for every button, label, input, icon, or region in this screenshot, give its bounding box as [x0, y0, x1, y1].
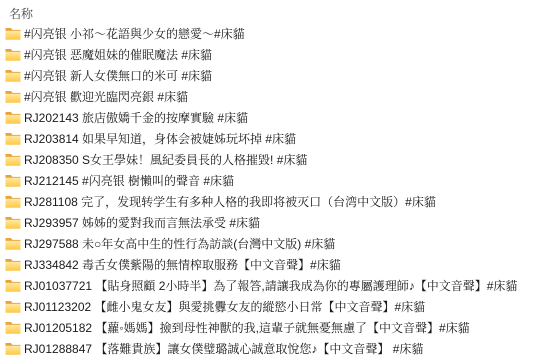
file-name: RJ202143 旅店傲嬌千金的按摩實驗 #床貓 [24, 109, 248, 126]
file-row[interactable]: RJ293957 姊姊的愛對我而言無法承受 #床貓 [0, 212, 548, 233]
folder-icon [5, 258, 21, 271]
file-list: #闪亮银 小祁～花語與少女的戀愛～#床貓 #闪亮银 恶魔姐妹的催眠魔法 #床貓 … [0, 23, 548, 359]
file-name: #闪亮银 歡迎光臨閃亮銀 #床貓 [24, 88, 188, 105]
folder-icon [5, 279, 21, 292]
folder-icon [5, 153, 21, 166]
file-name: RJ01037721 【貼身照顧 2小時半】為了報答,請讓我成為你的專屬護理師♪… [24, 277, 517, 294]
file-name: RJ203814 如果早知道，身体会被婕姊玩坏掉 #床貓 [24, 130, 296, 147]
file-name: #闪亮银 恶魔姐妹的催眠魔法 #床貓 [24, 46, 212, 63]
file-name: #闪亮银 新人女僕無口的米可 #床貓 [24, 67, 212, 84]
file-row[interactable]: RJ01037721 【貼身照顧 2小時半】為了報答,請讓我成為你的專屬護理師♪… [0, 275, 548, 296]
file-row[interactable]: RJ297588 未○年女高中生的性行為訪談(台灣中文版) #床貓 [0, 233, 548, 254]
folder-icon [5, 132, 21, 145]
file-name: RJ212145 #闪亮银 樹懶叫的聲音 #床貓 [24, 172, 234, 189]
folder-icon [5, 174, 21, 187]
folder-icon [5, 48, 21, 61]
file-row[interactable]: RJ281108 完了，发现转学生有多种人格的我即将被灭口（台湾中文版）#床貓 [0, 191, 548, 212]
folder-icon [5, 237, 21, 250]
column-header-name[interactable]: 名称 [0, 0, 548, 22]
file-name: #闪亮银 小祁～花語與少女的戀愛～#床貓 [24, 25, 245, 42]
file-name: RJ334842 毒舌女僕紫陽的無情榨取服務【中文音聲】#床貓 [24, 256, 341, 273]
file-name: RJ01123202 【雌小鬼女友】與愛挑釁女友的縱慾小日常【中文音聲】#床貓 [24, 298, 425, 315]
file-row[interactable]: RJ202143 旅店傲嬌千金的按摩實驗 #床貓 [0, 107, 548, 128]
file-row[interactable]: RJ01205182 【蘿◦媽媽】撿到母性神獸的我,這輩子就無憂無慮了【中文音聲… [0, 317, 548, 338]
file-name: RJ281108 完了，发现转学生有多种人格的我即将被灭口（台湾中文版）#床貓 [24, 193, 436, 210]
file-name: RJ293957 姊姊的愛對我而言無法承受 #床貓 [24, 214, 260, 231]
folder-icon [5, 111, 21, 124]
file-row[interactable]: RJ334842 毒舌女僕紫陽的無情榨取服務【中文音聲】#床貓 [0, 254, 548, 275]
folder-icon [5, 342, 21, 355]
file-row[interactable]: #闪亮银 歡迎光臨閃亮銀 #床貓 [0, 86, 548, 107]
file-row[interactable]: RJ203814 如果早知道，身体会被婕姊玩坏掉 #床貓 [0, 128, 548, 149]
file-row[interactable]: #闪亮银 恶魔姐妹的催眠魔法 #床貓 [0, 44, 548, 65]
folder-icon [5, 216, 21, 229]
file-row[interactable]: RJ212145 #闪亮银 樹懶叫的聲音 #床貓 [0, 170, 548, 191]
file-row[interactable]: #闪亮银 新人女僕無口的米可 #床貓 [0, 65, 548, 86]
folder-icon [5, 27, 21, 40]
file-name: RJ297588 未○年女高中生的性行為訪談(台灣中文版) #床貓 [24, 235, 335, 252]
file-name: RJ208350 S女王學妹！風紀委員長的人格摧毀! #床貓 [24, 151, 307, 168]
folder-icon [5, 90, 21, 103]
folder-icon [5, 69, 21, 82]
file-name: RJ01288847 【落難貴族】讓女僕璧璐誠心誠意取悅您♪【中文音聲】 #床貓 [24, 340, 423, 357]
folder-icon [5, 300, 21, 313]
folder-icon [5, 195, 21, 208]
folder-icon [5, 321, 21, 334]
file-row[interactable]: #闪亮银 小祁～花語與少女的戀愛～#床貓 [0, 23, 548, 44]
file-name: RJ01205182 【蘿◦媽媽】撿到母性神獸的我,這輩子就無憂無慮了【中文音聲… [24, 319, 470, 336]
file-row[interactable]: RJ01288847 【落難貴族】讓女僕璧璐誠心誠意取悅您♪【中文音聲】 #床貓 [0, 338, 548, 359]
file-row[interactable]: RJ208350 S女王學妹！風紀委員長的人格摧毀! #床貓 [0, 149, 548, 170]
file-row[interactable]: RJ01123202 【雌小鬼女友】與愛挑釁女友的縱慾小日常【中文音聲】#床貓 [0, 296, 548, 317]
